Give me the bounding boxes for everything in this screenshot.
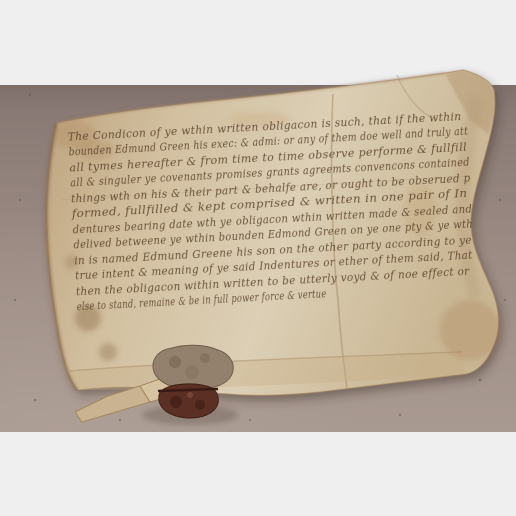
catalog-page: The Condicon of ye wthin written obligac… — [0, 0, 516, 516]
manuscript-photo: The Condicon of ye wthin written obligac… — [0, 0, 516, 516]
parchment-document: The Condicon of ye wthin written obligac… — [47, 70, 500, 395]
